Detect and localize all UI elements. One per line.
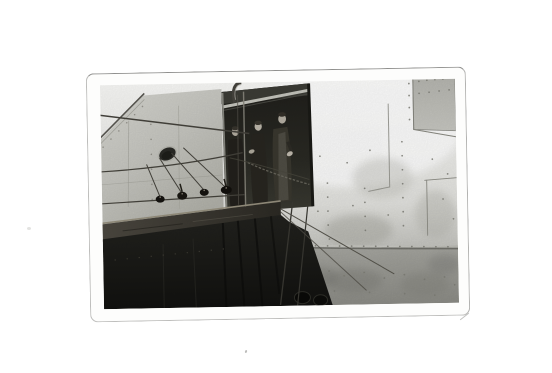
photo-image [100,79,459,309]
ship-photo-svg [100,79,459,309]
scan-page [0,0,552,373]
film-grain-overlay [100,79,459,309]
paper-speck [245,350,248,354]
paper-speck [27,227,31,230]
photo-print [86,67,470,323]
